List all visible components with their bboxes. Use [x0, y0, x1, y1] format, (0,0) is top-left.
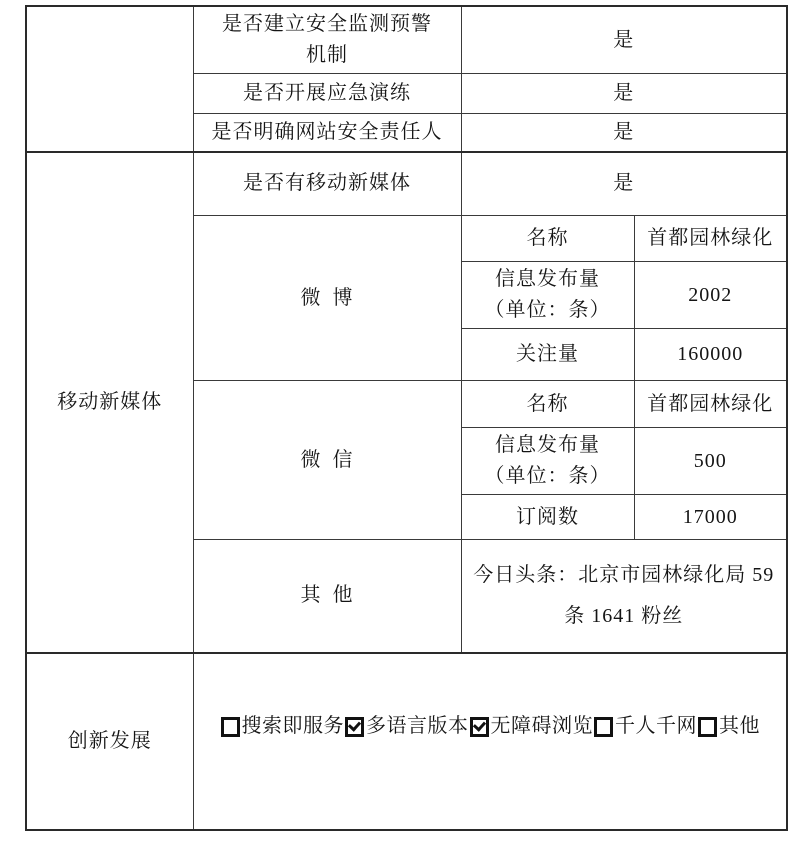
question-emergency-drill: 是否开展应急演练	[193, 74, 461, 114]
checkbox-label: 千人千网	[615, 711, 697, 742]
field-value-weibo-posts: 2002	[634, 262, 787, 329]
field-value-wechat-posts: 500	[634, 428, 787, 495]
report-page: 是否建立安全监测预警 机制 是 是否开展应急演练 是 是否明确网站安全责任人 是…	[0, 0, 800, 852]
section-label-cell-empty	[26, 6, 193, 152]
answer-emergency-drill: 是	[461, 74, 787, 114]
checkbox-label: 无障碍浏览	[491, 711, 594, 742]
platform-label-wechat: 微 信	[193, 381, 461, 540]
field-value-weibo-followers: 160000	[634, 329, 787, 381]
field-value-wechat-name: 首都园林绿化	[634, 381, 787, 428]
field-label-weibo-followers: 关注量	[461, 329, 634, 381]
section-label-innovation: 创新发展	[26, 653, 193, 830]
question-security-responsible-person: 是否明确网站安全责任人	[193, 114, 461, 152]
checkbox-icon[interactable]	[594, 717, 613, 737]
website-annual-report-table: 是否建立安全监测预警 机制 是 是否开展应急演练 是 是否明确网站安全责任人 是…	[25, 5, 788, 831]
checkbox-label: 搜索即服务	[242, 711, 345, 742]
answer-security-responsible-person: 是	[461, 114, 787, 152]
field-label-wechat-posts: 信息发布量 （单位：条）	[461, 428, 634, 495]
checkbox-option-other[interactable]: 其他	[697, 711, 760, 742]
checkbox-icon[interactable]	[345, 717, 364, 737]
section-label-mobile-media: 移动新媒体	[26, 152, 193, 653]
field-value-other-media: 今日头条：北京市园林绿化局 59 条 1641 粉丝	[461, 540, 787, 653]
field-label-weibo-name: 名称	[461, 216, 634, 262]
checkbox-icon[interactable]	[221, 717, 240, 737]
checkbox-label: 多语言版本	[366, 711, 469, 742]
field-label-weibo-posts: 信息发布量 （单位：条）	[461, 262, 634, 329]
question-security-monitoring: 是否建立安全监测预警 机制	[193, 6, 461, 74]
checkbox-option-personalized[interactable]: 千人千网	[593, 711, 697, 742]
platform-label-weibo: 微 博	[193, 216, 461, 381]
answer-has-mobile-media: 是	[461, 152, 787, 216]
question-has-mobile-media: 是否有移动新媒体	[193, 152, 461, 216]
answer-security-monitoring: 是	[461, 6, 787, 74]
checkbox-icon[interactable]	[470, 717, 489, 737]
checkbox-option-accessibility[interactable]: 无障碍浏览	[469, 711, 594, 742]
field-label-wechat-subscribers: 订阅数	[461, 495, 634, 540]
checkbox-option-multilingual[interactable]: 多语言版本	[344, 711, 469, 742]
checkbox-label: 其他	[719, 711, 760, 742]
innovation-options-cell: 搜索即服务多语言版本无障碍浏览千人千网其他	[193, 653, 787, 830]
field-value-weibo-name: 首都园林绿化	[634, 216, 787, 262]
field-label-wechat-name: 名称	[461, 381, 634, 428]
checkbox-option-search-as-service[interactable]: 搜索即服务	[220, 711, 345, 742]
platform-label-other: 其 他	[193, 540, 461, 653]
field-value-wechat-subscribers: 17000	[634, 495, 787, 540]
checkbox-icon[interactable]	[698, 717, 717, 737]
